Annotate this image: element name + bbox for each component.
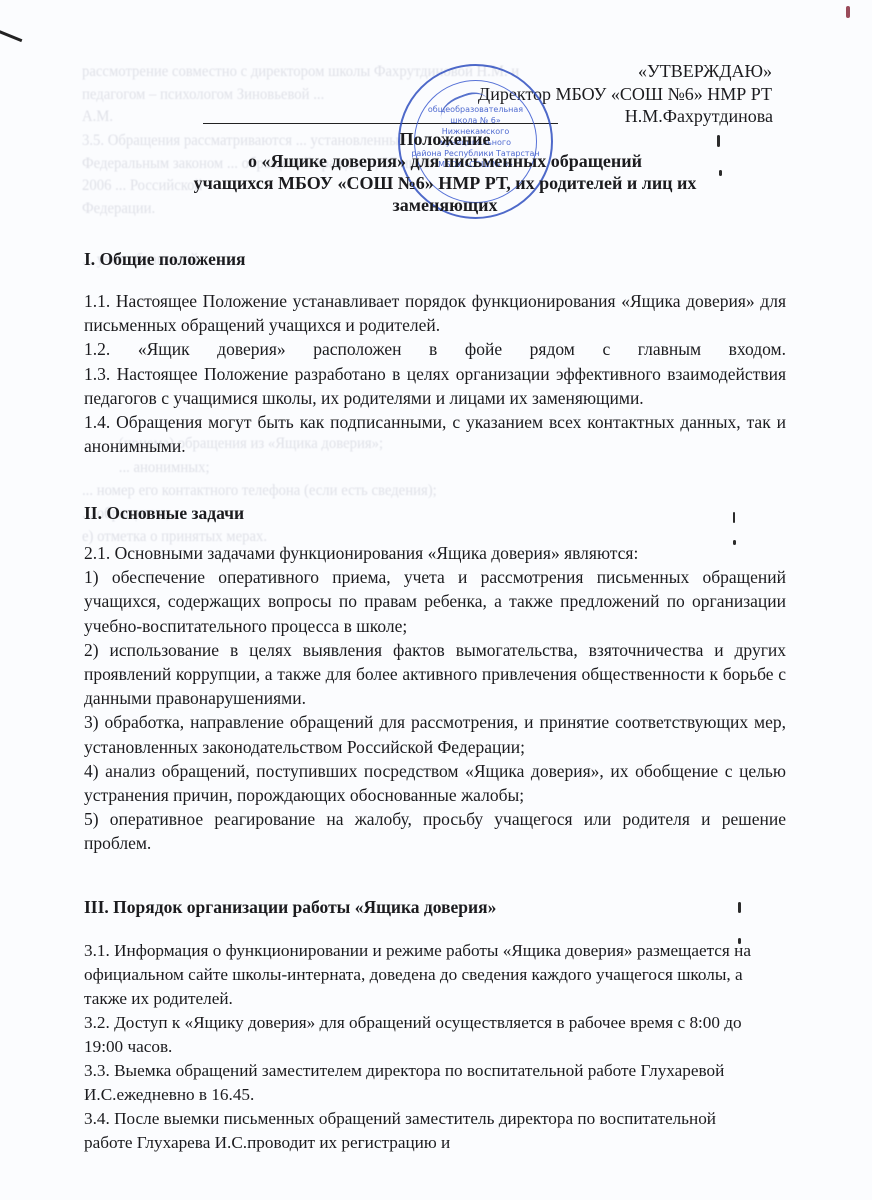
scan-speck xyxy=(738,902,741,913)
section-heading-1: I. Общие положения xyxy=(84,249,246,270)
task-item-4: 4) анализ обращений, поступивших посредс… xyxy=(84,759,786,807)
signatory-name: Н.М.Фахрутдинова xyxy=(625,106,773,127)
section-3-body: 3.1. Информация о функционировании и реж… xyxy=(84,939,754,1155)
paragraph-3-4: 3.4. После выемки письменных обращений з… xyxy=(84,1107,754,1155)
section-heading-3: III. Порядок организации работы «Ящика д… xyxy=(84,897,496,918)
paragraph-3-3: 3.3. Выемка обращений заместителем дирек… xyxy=(84,1059,754,1107)
paragraph-1-4: 1.4. Обращения могут быть как подписанны… xyxy=(84,410,786,458)
task-item-3: 3) обработка, направление обращений для … xyxy=(84,710,786,758)
section-heading-2: II. Основные задачи xyxy=(84,503,244,524)
document-title: Положение о «Ящике доверия» для письменн… xyxy=(100,128,790,216)
paragraph-1-2: 1.2. «Ящик доверия» расположен в фойе ря… xyxy=(84,337,786,361)
paragraph-3-2: 3.2. Доступ к «Ящику доверия» для обраще… xyxy=(84,1011,754,1059)
section-1-body: 1.1. Настоящее Положение устанавливает п… xyxy=(84,289,786,458)
scan-mark xyxy=(0,28,22,42)
task-item-1: 1) обеспечение оперативного приема, учет… xyxy=(84,565,786,638)
paragraph-1-1: 1.1. Настоящее Положение устанавливает п… xyxy=(84,289,786,337)
scan-speck xyxy=(733,512,735,523)
section-2-body: 2.1. Основными задачами функционирования… xyxy=(84,541,786,856)
task-item-2: 2) использование в целях выявления факто… xyxy=(84,638,786,711)
paragraph-1-3: 1.3. Настоящее Положение разработано в ц… xyxy=(84,362,786,410)
document-page: рассмотрение совместно с директором школ… xyxy=(0,0,872,1200)
paragraph-2-1: 2.1. Основными задачами функционирования… xyxy=(84,541,786,565)
scan-speck xyxy=(846,6,850,18)
task-item-5: 5) оперативное реагирование на жалобу, п… xyxy=(84,807,786,855)
paragraph-3-1: 3.1. Информация о функционировании и реж… xyxy=(84,939,754,1011)
